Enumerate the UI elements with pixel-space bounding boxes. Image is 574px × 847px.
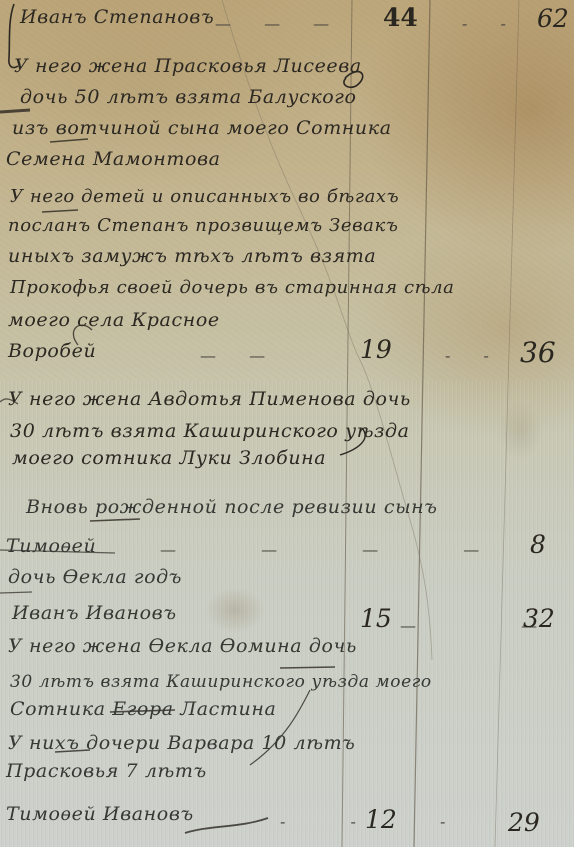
age-current: 36 bbox=[520, 336, 556, 369]
entry-detail-line: дочь 50 лѣтъ взята Балуского bbox=[20, 86, 357, 108]
ink-underline bbox=[0, 110, 30, 112]
age-previous: 19 bbox=[360, 335, 392, 364]
entry-detail-line: дочь Ѳекла годъ bbox=[8, 566, 182, 588]
age-current: 32 bbox=[523, 604, 555, 633]
entry-name: Тимоѳей bbox=[6, 535, 96, 557]
ledger-dash-fill: - - bbox=[445, 346, 503, 365]
ledger-dash-fill: - - bbox=[462, 14, 520, 33]
ledger-dash-fill: — — — — bbox=[160, 540, 519, 559]
ink-underline bbox=[90, 519, 140, 521]
entry-detail-line: Прокофья своей дочерь въ старинная сѣла bbox=[10, 277, 455, 298]
ledger-dash-fill: — — — bbox=[215, 14, 343, 33]
ink-underline bbox=[0, 592, 32, 593]
age-previous: 12 bbox=[365, 805, 397, 834]
entry-detail-line: У него детей и описанныхъ во бѣгахъ bbox=[10, 186, 399, 207]
entry-detail-line: Семена Мамонтова bbox=[6, 148, 221, 170]
entry-name: Иванъ Ивановъ bbox=[12, 602, 177, 624]
ledger-dash-fill: - bbox=[440, 812, 459, 831]
entry-detail-line: У него жена Авдотья Пименова дочь bbox=[8, 388, 411, 410]
entry-detail-line: моего села Красное bbox=[8, 309, 220, 331]
ledger-dash-fill: — — bbox=[200, 346, 279, 365]
entry-name: Воробей bbox=[8, 340, 96, 362]
age-previous: 44 bbox=[383, 3, 418, 32]
entry-name: Тимоѳей Ивановъ bbox=[6, 803, 194, 825]
entry-detail-line: 30 лѣтъ взята Каширинского уѣзда bbox=[10, 420, 410, 442]
ink-underline bbox=[50, 139, 88, 142]
column-rule bbox=[495, 0, 519, 847]
ink-underline bbox=[42, 210, 78, 212]
entry-detail-line: изъ вотчиной сына моего Сотника bbox=[12, 117, 392, 139]
entry-name: Иванъ Степановъ bbox=[20, 6, 214, 28]
entry-detail-line: У него жена Ѳекла Ѳомина дочь bbox=[8, 635, 357, 657]
entry-detail-line: посланъ Степанъ прозвищемъ Зевакъ bbox=[8, 215, 398, 236]
entry-detail-line: У него жена Прасковья Лисеева bbox=[14, 55, 362, 77]
entry-detail-line: моего сотника Луки Злобина bbox=[12, 447, 326, 469]
entry-detail-line: Прасковья 7 лѣтъ bbox=[6, 760, 207, 782]
ink-underline bbox=[280, 667, 335, 668]
column-rule bbox=[414, 0, 430, 847]
entry-detail-line: 30 лѣтъ взята Каширинского уѣзда моего bbox=[10, 672, 432, 692]
age-previous: 15 bbox=[360, 604, 392, 633]
ink-underline bbox=[185, 818, 268, 833]
entry-detail-line: иныхъ замужъ тѣхъ лѣтъ взята bbox=[8, 245, 376, 267]
entry-detail-line: Сотника Егора Ластина bbox=[10, 698, 276, 720]
age-current: 29 bbox=[508, 808, 540, 837]
entry-detail-line: У нихъ дочери Варвара 10 лѣтъ bbox=[8, 732, 355, 754]
age-current: 8 bbox=[530, 530, 546, 559]
section-heading: Вновь рожденной после ревизии сынъ bbox=[26, 496, 438, 518]
age-current: 62 bbox=[537, 4, 569, 33]
